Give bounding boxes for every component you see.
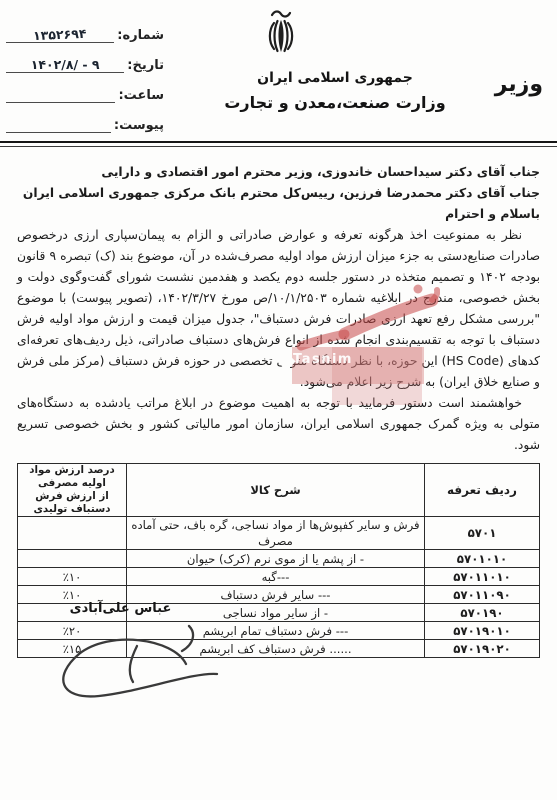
letter-meta-fields: شماره: ۱۳۵۲۶۹۴ تاریخ: ۱۴۰۲/۸/ - ۹ ساعت: …: [6, 24, 164, 144]
signature-block: عباس علی‌آبادی: [28, 601, 243, 708]
header-percent-line2: از ارزش فرش دستباف تولیدی: [21, 490, 123, 516]
recipient-2: جناب آقای دکتر محمدرضا فرزین، رییس‌کل مح…: [17, 183, 540, 204]
field-attachment-value: [6, 117, 111, 133]
field-number: شماره: ۱۳۵۲۶۹۴: [6, 24, 164, 43]
row-code: ۵۷۰۱۹۰: [425, 604, 540, 622]
table-row: ۵۷۰۱ فرش و سایر کفپوش‌ها از مواد نساجی، …: [18, 517, 540, 550]
salutation: باسلام و احترام: [17, 204, 540, 225]
table-row: ۵۷۰۱۰۱۰ - از پشم یا از موی نرم (کرک) حیو…: [18, 550, 540, 568]
row-pct: [18, 550, 127, 568]
field-time-value: [6, 87, 115, 103]
row-desc: ---گبه: [127, 568, 425, 586]
ministry-line: وزارت صنعت،معدن و تجارت: [185, 93, 485, 112]
letter-body: جناب آقای دکتر سیداحسان خاندوزی، وزیر مح…: [17, 162, 540, 658]
row-pct: [18, 517, 127, 550]
republic-line: جمهوری اسلامی ایران: [185, 70, 485, 86]
field-attachment-label: پیوست:: [111, 118, 164, 133]
recipient-1: جناب آقای دکتر سیداحسان خاندوزی، وزیر مح…: [17, 162, 540, 183]
minister-title: وزیر: [495, 72, 543, 97]
header-percent-line1: درصد ارزش مواد اولیه مصرفی: [21, 464, 123, 490]
row-code: ۵۷۰۱۱۰۹۰: [425, 586, 540, 604]
header-raw-material-percent: درصد ارزش مواد اولیه مصرفی از ارزش فرش د…: [18, 464, 127, 517]
header-tariff-code: ردیف تعرفه: [425, 464, 540, 517]
signature-scribble-icon: [41, 616, 231, 708]
tariff-table-header-row: ردیف تعرفه شرح کالا درصد ارزش مواد اولیه…: [18, 464, 540, 517]
row-code: ۵۷۰۱۹۰۲۰: [425, 640, 540, 658]
row-code: ۵۷۰۱۱۰۱۰: [425, 568, 540, 586]
field-attachment: پیوست:: [6, 114, 164, 133]
letterhead-center: جمهوری اسلامی ایران وزارت صنعت،معدن و تج…: [185, 70, 485, 112]
field-date-value: ۱۴۰۲/۸/ - ۹: [31, 57, 100, 72]
scanned-letter-page: وزیر جمهوری اسلامی ایران وزارت صنعت،معدن…: [0, 0, 557, 800]
row-code: ۵۷۰۱: [425, 517, 540, 550]
paragraph-1: نظر به ممنوعیت اخذ هرگونه تعرفه و عوارض …: [17, 225, 540, 393]
row-desc: فرش و سایر کفپوش‌ها از مواد نساجی، گره ب…: [127, 517, 425, 550]
letterhead-divider: [0, 141, 557, 147]
field-date: تاریخ: ۱۴۰۲/۸/ - ۹: [6, 54, 164, 73]
row-desc: - از پشم یا از موی نرم (کرک) حیوان: [127, 550, 425, 568]
field-number-label: شماره:: [114, 28, 164, 43]
header-goods-description: شرح کالا: [127, 464, 425, 517]
field-number-value: ۱۳۵۲۶۹۴: [33, 26, 87, 43]
field-time: ساعت:: [6, 84, 164, 103]
table-row: ۵۷۰۱۱۰۱۰ ---گبه ٪۱۰: [18, 568, 540, 586]
iran-emblem-icon: [263, 8, 299, 58]
paragraph-2: خواهشمند است دستور فرمایید با توجه به اه…: [17, 393, 540, 456]
row-code: ۵۷۰۱۹۰۱۰: [425, 622, 540, 640]
row-pct: ٪۱۰: [18, 568, 127, 586]
field-date-label: تاریخ:: [124, 58, 164, 73]
row-code: ۵۷۰۱۰۱۰: [425, 550, 540, 568]
field-time-label: ساعت:: [115, 88, 164, 103]
signature-name: عباس علی‌آبادی: [28, 601, 243, 616]
